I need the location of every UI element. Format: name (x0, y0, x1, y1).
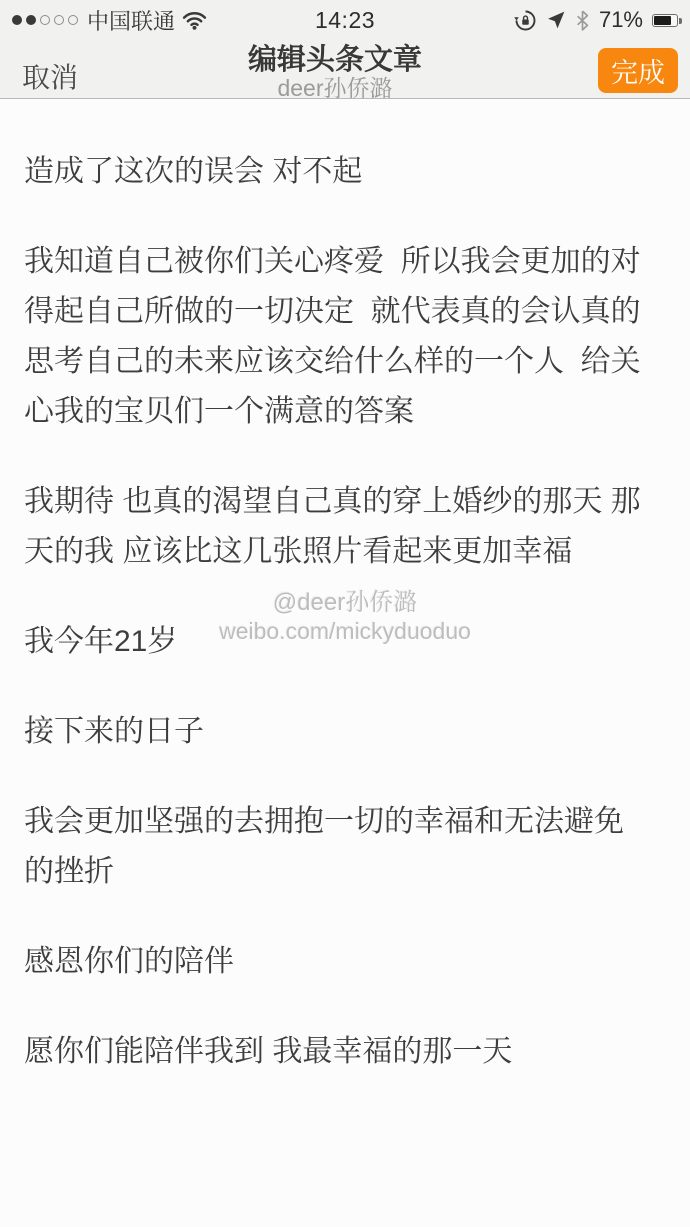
page-subtitle: deer孙侨潞 (90, 76, 580, 101)
paragraph[interactable]: 接下来的日子 (24, 707, 670, 757)
weibo-article-editor-screen: 中国联通 14:23 (0, 0, 690, 1227)
signal-dot (26, 15, 36, 25)
orientation-lock-icon (514, 9, 537, 32)
location-arrow-icon (546, 10, 566, 30)
signal-dot (40, 15, 50, 25)
wifi-icon (182, 11, 207, 30)
signal-dot (54, 15, 64, 25)
cancel-button[interactable]: 取消 (22, 56, 78, 96)
paragraph[interactable]: 我会更加坚强的去拥抱一切的幸福和无法避免的挫折 (24, 797, 670, 897)
battery-fill (654, 16, 671, 25)
nav-bar: 取消 编辑头条文章 deer孙侨潞 完成 (0, 40, 690, 98)
status-left-group: 中国联通 (12, 5, 207, 36)
battery-percent-label: 71% (599, 7, 643, 33)
signal-dot (12, 15, 22, 25)
battery-icon (652, 14, 678, 27)
signal-strength-dots (12, 15, 78, 25)
carrier-label: 中国联通 (87, 5, 175, 36)
nav-titles: 编辑头条文章 deer孙侨潞 (90, 44, 580, 101)
page-title: 编辑头条文章 (90, 44, 580, 76)
status-bar: 中国联通 14:23 (0, 0, 690, 40)
status-right-group: 71% (514, 7, 678, 33)
bluetooth-icon (575, 10, 590, 31)
header: 中国联通 14:23 (0, 0, 690, 99)
paragraph[interactable]: 我知道自己被你们关心疼爱 所以我会更加的对得起自己所做的一切决定 就代表真的会认… (24, 237, 670, 437)
battery-tip (679, 18, 682, 24)
paragraph[interactable]: 我期待 也真的渴望自己真的穿上婚纱的那天 那天的我 应该比这几张照片看起来更加幸… (24, 477, 670, 577)
done-button[interactable]: 完成 (598, 48, 678, 93)
signal-dot (68, 15, 78, 25)
paragraph[interactable]: 我今年21岁 (24, 617, 670, 667)
paragraph[interactable]: 造成了这次的误会 对不起 (24, 147, 670, 197)
article-body[interactable]: 造成了这次的误会 对不起我知道自己被你们关心疼爱 所以我会更加的对得起自己所做的… (0, 99, 690, 1227)
paragraph[interactable]: 愿你们能陪伴我到 我最幸福的那一天 (24, 1027, 670, 1077)
paragraph[interactable]: 感恩你们的陪伴 (24, 937, 670, 987)
